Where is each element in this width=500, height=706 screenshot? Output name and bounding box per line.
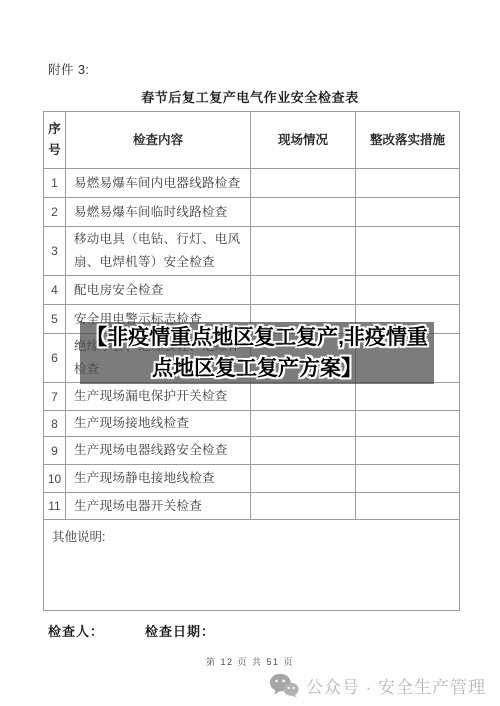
attachment-label: 附件 3: bbox=[48, 60, 89, 78]
row-no: 8 bbox=[44, 411, 66, 437]
row-site-cell bbox=[251, 411, 356, 437]
table-row: 10 生产现场静电接地线检查 bbox=[44, 465, 460, 493]
row-site-cell bbox=[251, 383, 356, 411]
table-row: 11 生产现场电器开关检查 bbox=[44, 493, 460, 520]
row-site-cell bbox=[251, 227, 356, 276]
table-row: 3 移动电具（电钻、行灯、电风扇、电焊机等）安全检查 bbox=[44, 227, 460, 276]
row-site-cell bbox=[251, 276, 356, 305]
watermark-text: 公众号 · 安全生产管理 bbox=[306, 673, 486, 698]
row-no: 6 bbox=[44, 334, 66, 383]
col-header-no: 序号 bbox=[44, 112, 66, 169]
table-header-row: 序号 检查内容 现场情况 整改落实措施 bbox=[44, 112, 460, 169]
row-content: 生产现场漏电保护开关检查 bbox=[66, 383, 251, 411]
table-row: 9 生产现场电器线路安全检查 bbox=[44, 437, 460, 465]
row-content: 易燃易爆车间内电器线路检查 bbox=[66, 169, 251, 198]
inspection-date-label: 检查日期： bbox=[145, 621, 215, 640]
row-no: 4 bbox=[44, 276, 66, 305]
overlay-caption-line2: 点地区复工复产方案】 bbox=[152, 353, 362, 384]
row-content: 移动电具（电钻、行灯、电风扇、电焊机等）安全检查 bbox=[66, 227, 251, 276]
row-site-cell bbox=[251, 437, 356, 465]
row-measures-cell bbox=[356, 169, 460, 198]
page-title: 春节后复工复产电气作业安全检查表 bbox=[0, 87, 500, 106]
document-page: 附件 3: 春节后复工复产电气作业安全检查表 序号 检查内容 现场情况 整改落实… bbox=[0, 0, 500, 706]
page-number: 第 12 页 共 51 页 bbox=[0, 655, 500, 668]
watermark: 公众号 · 安全生产管理 bbox=[269, 672, 486, 698]
row-no: 1 bbox=[44, 169, 66, 198]
row-no: 5 bbox=[44, 305, 66, 334]
row-no: 11 bbox=[44, 493, 66, 520]
row-content: 生产现场静电接地线检查 bbox=[66, 465, 251, 493]
wechat-icon bbox=[269, 673, 299, 698]
row-measures-cell bbox=[356, 198, 460, 227]
row-measures-cell bbox=[356, 276, 460, 305]
overlay-caption-line1: 【非疫情重点地区复工复产,非疫情重 bbox=[86, 322, 428, 353]
col-header-content: 检查内容 bbox=[66, 112, 251, 169]
row-measures-cell bbox=[356, 465, 460, 493]
row-no: 2 bbox=[44, 198, 66, 227]
row-no: 7 bbox=[44, 383, 66, 411]
row-content: 生产现场电器开关检查 bbox=[66, 493, 251, 520]
table-row: 1 易燃易爆车间内电器线路检查 bbox=[44, 169, 460, 198]
table-row: 4 配电房安全检查 bbox=[44, 276, 460, 305]
row-content: 易燃易爆车间临时线路检查 bbox=[66, 198, 251, 227]
row-no: 3 bbox=[44, 227, 66, 276]
col-header-site: 现场情况 bbox=[251, 112, 356, 169]
row-content: 配电房安全检查 bbox=[66, 276, 251, 305]
row-no: 9 bbox=[44, 437, 66, 465]
table-row: 7 生产现场漏电保护开关检查 bbox=[44, 383, 460, 411]
row-measures-cell bbox=[356, 437, 460, 465]
overlay-caption: 【非疫情重点地区复工复产,非疫情重 点地区复工复产方案】 bbox=[80, 322, 434, 384]
table-row: 8 生产现场接地线检查 bbox=[44, 411, 460, 437]
other-notes-label: 其他说明: bbox=[44, 520, 460, 611]
inspector-label: 检查人： bbox=[48, 621, 104, 640]
table-row: 2 易燃易爆车间临时线路检查 bbox=[44, 198, 460, 227]
row-content: 生产现场接地线检查 bbox=[66, 411, 251, 437]
row-site-cell bbox=[251, 465, 356, 493]
row-content: 生产现场电器线路安全检查 bbox=[66, 437, 251, 465]
row-measures-cell bbox=[356, 411, 460, 437]
row-measures-cell bbox=[356, 383, 460, 411]
row-no: 10 bbox=[44, 465, 66, 493]
row-site-cell bbox=[251, 493, 356, 520]
row-measures-cell bbox=[356, 227, 460, 276]
row-measures-cell bbox=[356, 493, 460, 520]
row-site-cell bbox=[251, 198, 356, 227]
row-site-cell bbox=[251, 169, 356, 198]
col-header-measures: 整改落实措施 bbox=[356, 112, 460, 169]
other-notes-row: 其他说明: bbox=[44, 520, 460, 611]
